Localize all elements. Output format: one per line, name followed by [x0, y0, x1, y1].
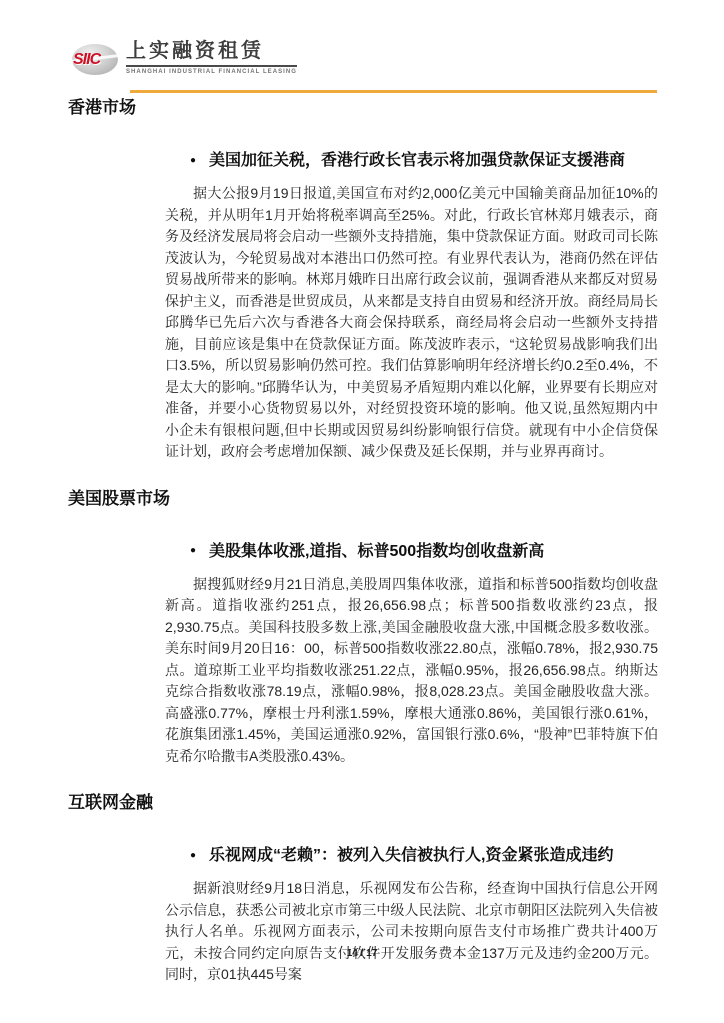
bullet-icon: ●	[190, 156, 196, 166]
page-number: 14 / 17	[0, 948, 724, 959]
bullet-icon: ●	[190, 851, 196, 861]
company-name-chinese: 上实融资租赁	[126, 40, 297, 67]
section-title: 香港市场	[68, 98, 658, 118]
siic-logo: SIIC 上实融资租赁 SHANGHAI INDUSTRIAL FINANCIA…	[72, 40, 724, 82]
article-headline-row: ● 乐视网成“老赖”：被列入失信被执行人,资金紧张造成违约	[190, 846, 658, 865]
article-headline-row: ● 美股集体收涨,道指、标普500指数均创收盘新高	[190, 542, 658, 561]
article-headline: 美国加征关税，香港行政长官表示将加强贷款保证支援港商	[209, 151, 625, 170]
article-headline-row: ● 美国加征关税，香港行政长官表示将加强贷款保证支援港商	[190, 151, 658, 170]
article-body: 据搜狐财经9月21日消息,美股周四集体收涨，道指和标普500指数均创收盘新高。道…	[165, 574, 658, 768]
bullet-icon: ●	[190, 546, 196, 556]
article-headline: 美股集体收涨,道指、标普500指数均创收盘新高	[209, 542, 544, 561]
section-title: 互联网金融	[68, 793, 658, 813]
article-body: 据新浪财经9月18日消息，乐视网发布公告称，经查询中国执行信息公开网公示信息，获…	[165, 878, 658, 986]
company-name-english: SHANGHAI INDUSTRIAL FINANCIAL LEASING	[126, 69, 297, 75]
page-content: 香港市场 ● 美国加征关税，香港行政长官表示将加强贷款保证支援港商 据大公报9月…	[0, 98, 724, 986]
accent-divider	[130, 90, 657, 93]
siic-abbr-text: SIIC	[73, 51, 100, 69]
siic-globe-icon: SIIC	[72, 44, 118, 75]
page-header: SIIC 上实融资租赁 SHANGHAI INDUSTRIAL FINANCIA…	[0, 0, 724, 93]
section-title: 美国股票市场	[68, 489, 658, 509]
article-body: 据大公报9月19日报道,美国宣布对约2,000亿美元中国输美商品加征10%的关税…	[165, 183, 658, 463]
logo-wordmark: 上实融资租赁 SHANGHAI INDUSTRIAL FINANCIAL LEA…	[126, 40, 297, 75]
section-hong-kong-market: 香港市场 ● 美国加征关税，香港行政长官表示将加强贷款保证支援港商 据大公报9月…	[68, 98, 658, 463]
newsletter-page: SIIC 上实融资租赁 SHANGHAI INDUSTRIAL FINANCIA…	[0, 0, 724, 1023]
section-us-stock-market: 美国股票市场 ● 美股集体收涨,道指、标普500指数均创收盘新高 据搜狐财经9月…	[68, 489, 658, 768]
article-headline: 乐视网成“老赖”：被列入失信被执行人,资金紧张造成违约	[209, 846, 613, 865]
